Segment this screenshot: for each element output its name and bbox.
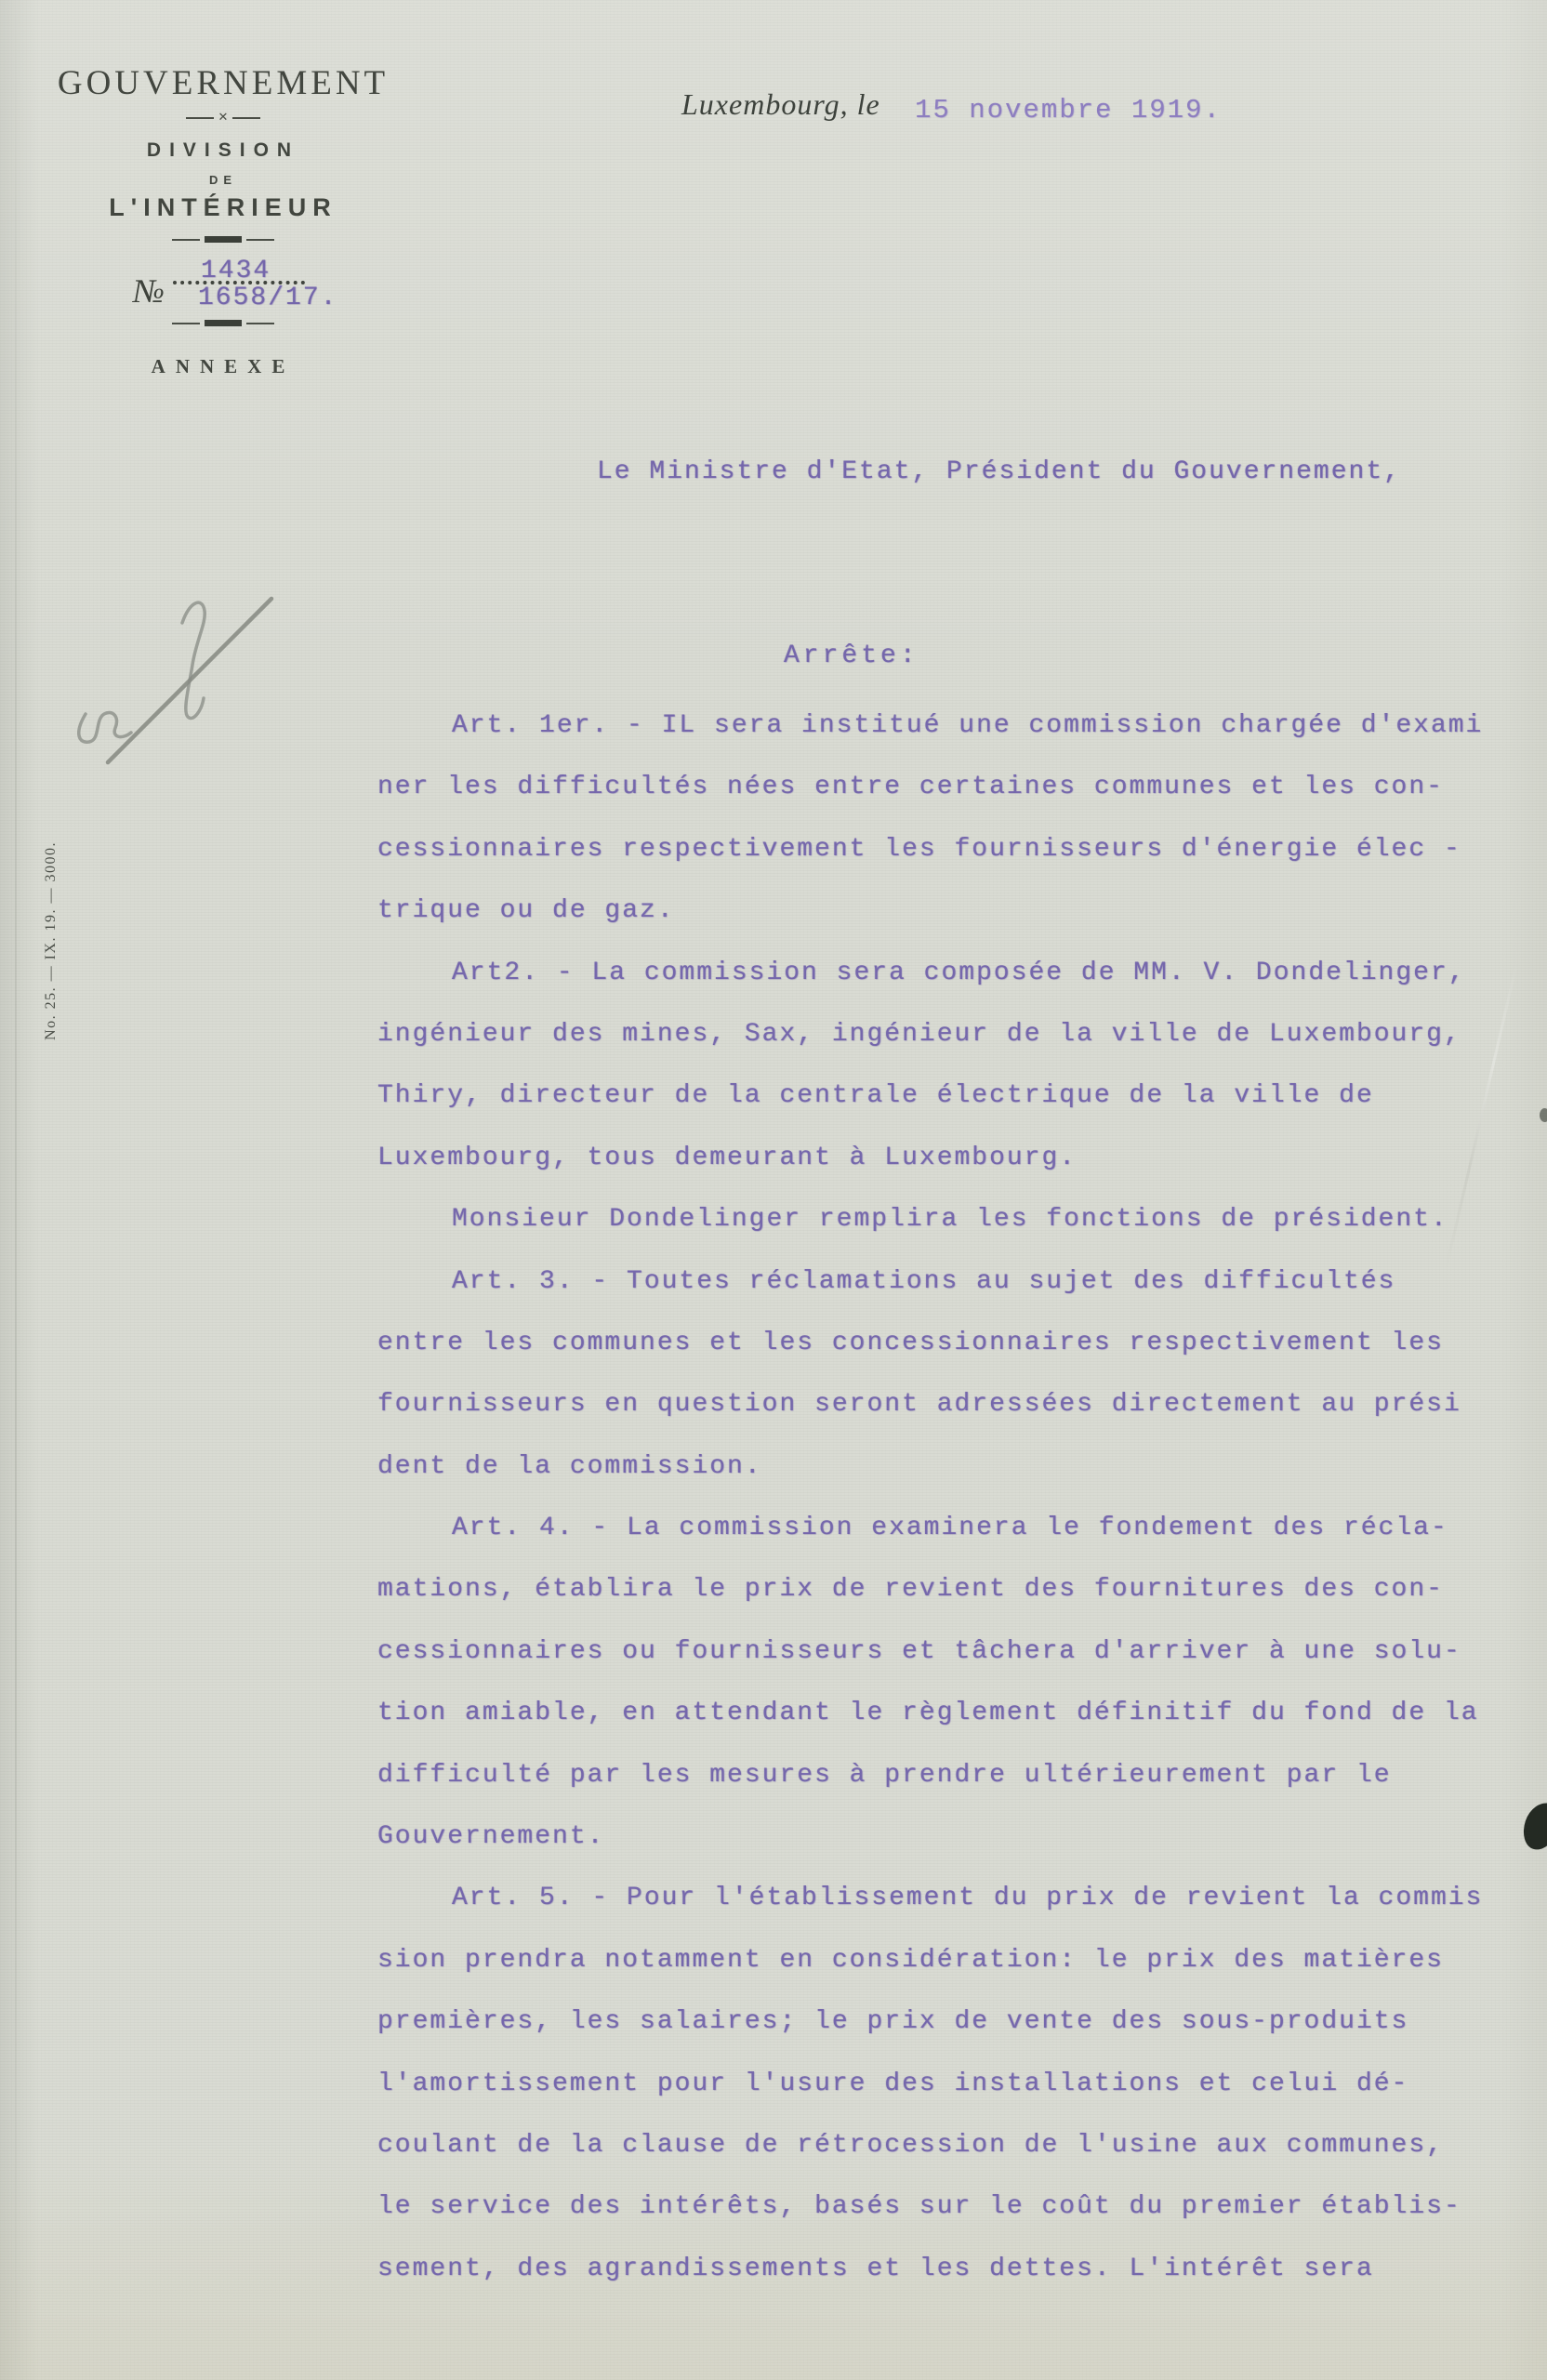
bowtie-ornament-icon: ✕ xyxy=(218,113,229,123)
pencil-letter-stroke xyxy=(182,602,205,718)
ink-blot-right-edge xyxy=(1518,1798,1547,1854)
letterhead-divider-ornament: ✕ xyxy=(37,113,409,123)
typed-line: Thiry, directeur de la centrale électriq… xyxy=(377,1065,1483,1127)
typed-line: tion amiable, en attendant le règlement … xyxy=(377,1683,1483,1744)
letterhead-division-word: DIVISION xyxy=(37,139,409,162)
typed-line: sion prendra notamment en considération:… xyxy=(377,1930,1483,1991)
letterhead-de-word: DE xyxy=(37,173,409,187)
typed-line: trique ou de gaz. xyxy=(377,880,1483,942)
divider-thick-segment xyxy=(205,320,242,326)
file-number-label: № xyxy=(133,271,165,311)
typed-line: difficulté par les mesures à prendre ult… xyxy=(377,1745,1483,1806)
typed-line: dent de la commission. xyxy=(377,1436,1483,1498)
file-number-dotted-leader xyxy=(173,281,305,284)
dateline-typed-date: 15 novembre 1919. xyxy=(915,95,1222,126)
typed-line: Art. 4. - La commission examinera le fon… xyxy=(377,1498,1483,1559)
dateline-printed-text: Luxembourg, le xyxy=(681,87,880,122)
divider-thick-segment xyxy=(205,236,242,243)
typed-line: ner les difficultés nées entre certaines… xyxy=(377,757,1483,818)
salutation-line: Le Ministre d'Etat, Président du Gouvern… xyxy=(597,457,1401,486)
typed-line: Monsieur Dondelinger remplira les foncti… xyxy=(377,1189,1483,1250)
letterhead-thick-divider xyxy=(37,236,409,243)
letterhead-government-title: GOUVERNEMENT xyxy=(37,63,409,103)
typed-line: le service des intérêts, basés sur le co… xyxy=(377,2176,1483,2238)
divider-line-segment xyxy=(246,239,274,241)
divider-line-segment xyxy=(172,323,200,324)
typed-line: premières, les salaires; le prix de vent… xyxy=(377,1991,1483,2053)
ink-speck-right-edge xyxy=(1540,1108,1547,1122)
typed-line: cessionnaires ou fournisseurs et tâchera… xyxy=(377,1621,1483,1683)
decree-heading: Arrête: xyxy=(784,641,919,670)
typed-line: ingénieur des mines, Sax, ingénieur de l… xyxy=(377,1004,1483,1065)
scanned-document-page: GOUVERNEMENT ✕ DIVISION DE L'INTÉRIEUR A… xyxy=(0,0,1547,2380)
file-number-old-struck: 1658 xyxy=(198,284,268,312)
typed-line: coulant de la clause de rétrocession de … xyxy=(377,2115,1483,2176)
document-body: Art. 1er. - IL sera institué une commiss… xyxy=(377,695,1483,2300)
printers-margin-note: No. 25. — IX. 19. — 3000. xyxy=(43,841,59,1040)
file-number-typed-old: 1658/17. xyxy=(198,284,337,312)
typed-line: Art2. - La commission sera composée de M… xyxy=(377,943,1483,1004)
typed-line: Luxembourg, tous demeurant à Luxembourg. xyxy=(377,1128,1483,1189)
pencil-loop-stroke xyxy=(79,712,131,742)
pencil-annotation xyxy=(73,575,286,779)
typed-line: Art. 3. - Toutes réclamations au sujet d… xyxy=(377,1251,1483,1313)
divider-line-segment xyxy=(246,323,274,324)
letterhead-interieur-word: L'INTÉRIEUR xyxy=(37,193,409,222)
typed-line: sement, des agrandissements et les dette… xyxy=(377,2239,1483,2300)
typed-line: Art. 5. - Pour l'établissement du prix d… xyxy=(377,1868,1483,1929)
divider-line-segment xyxy=(186,117,214,119)
letterhead-annexe-label: ANNEXE xyxy=(37,355,409,378)
letterhead-thick-divider xyxy=(37,320,409,326)
typed-line: Art. 1er. - IL sera institué une commiss… xyxy=(377,695,1483,757)
typed-line: entre les communes et les concessionnair… xyxy=(377,1313,1483,1374)
typed-line: fournisseurs en question seront adressée… xyxy=(377,1374,1483,1435)
paper-fold-crease-left xyxy=(15,0,17,2380)
divider-line-segment xyxy=(232,117,260,119)
divider-line-segment xyxy=(172,239,200,241)
typed-line: cessionnaires respectivement les fournis… xyxy=(377,819,1483,880)
typed-line: l'amortissement pour l'usure des install… xyxy=(377,2054,1483,2115)
typed-line: mations, établira le prix de revient des… xyxy=(377,1559,1483,1620)
file-number-suffix: /17. xyxy=(268,284,337,312)
typed-line: Gouvernement. xyxy=(377,1806,1483,1868)
